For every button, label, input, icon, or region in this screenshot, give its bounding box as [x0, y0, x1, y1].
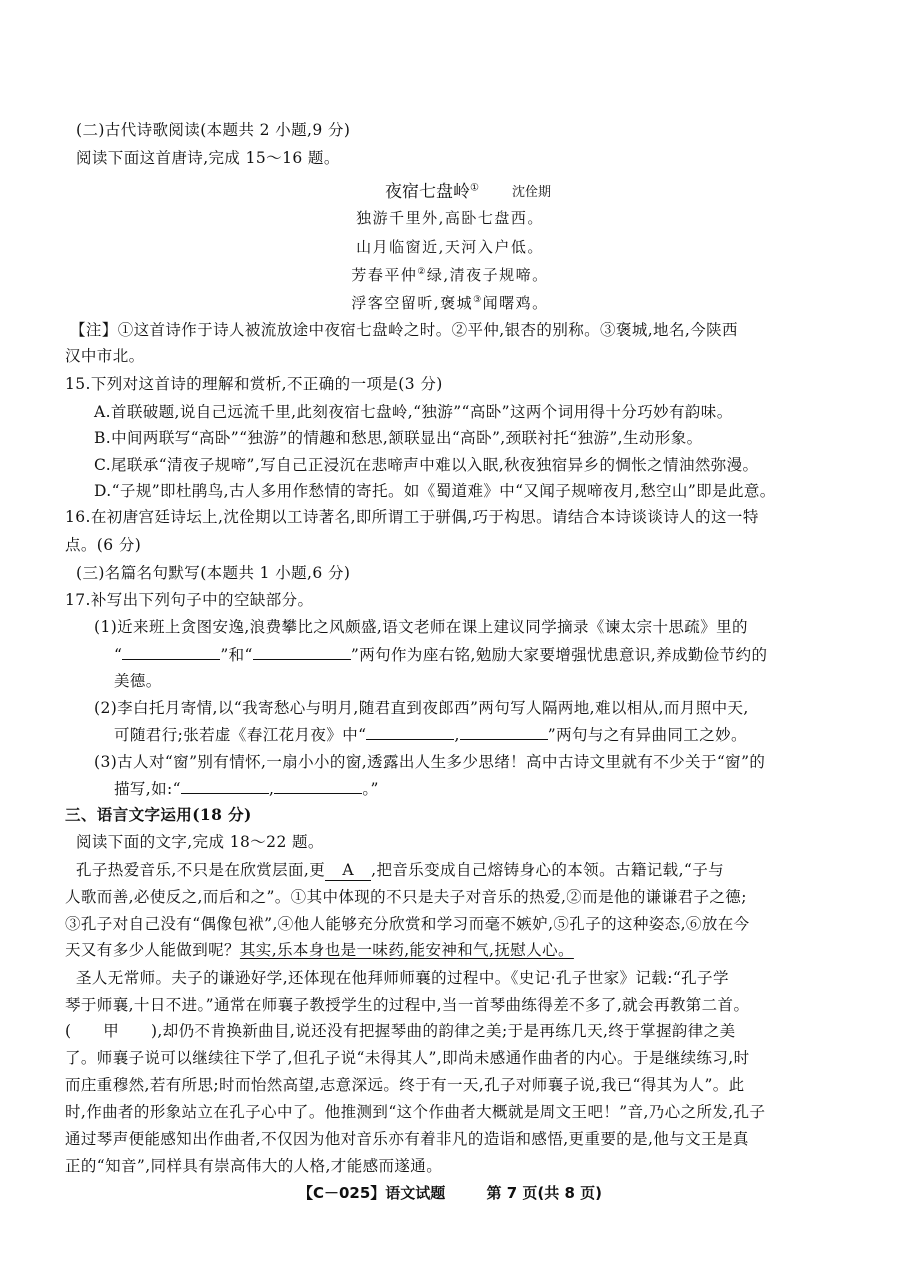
question-16-line2: 点。(6 分)	[65, 535, 845, 555]
answer-blank[interactable]	[366, 725, 454, 740]
poem-line: 山月临窗近,天河入户低。	[0, 236, 900, 257]
question-17-part3: (3)古人对“窗”别有情怀,一扇小小的窗,透露出人生多少思绪！高中古诗文里就有不…	[94, 752, 874, 772]
answer-blank[interactable]	[253, 645, 351, 660]
page-number: 第 7 页(共 8 页)	[487, 1184, 602, 1202]
underlined-sentence: 其实,乐本身也是一味药,能安神和气,抚慰人心。	[240, 941, 574, 959]
footnote-marker: ①	[470, 182, 479, 193]
answer-blank[interactable]	[122, 645, 220, 660]
question-17-part3-blanks: 描写,如:“,。”	[114, 779, 894, 799]
poem-notes: 【注】①这首诗作于诗人被流放途中夜宿七盘岭之时。②平仲,银杏的别称。③褒城,地名…	[70, 320, 850, 340]
question-17-part2: (2)李白托月寄情,以“我寄愁心与明月,随君直到夜郎西”两句写人隔两地,难以相从…	[94, 698, 874, 718]
question-17-part2-blanks: 可随君行;张若虚《春江花月夜》中“,”两句与之有异曲同工之妙。	[114, 725, 894, 745]
poem-line: 芳春平仲②绿,清夜子规啼。	[0, 264, 900, 285]
section-heading-recitation: (三)名篇名句默写(本题共 1 小题,6 分)	[76, 563, 856, 583]
question-15-option-a: A.首联破题,说自己远流千里,此刻夜宿七盘岭,“独游”“高卧”这两个词用得十分巧…	[94, 402, 874, 422]
part-heading-language-use: 三、语言文字运用(18 分)	[65, 805, 845, 825]
blank-jia: ( 甲 )	[65, 1022, 157, 1040]
question-15-option-b: B.中间两联写“高卧”“独游”的情趣和愁思,颔联显出“高卧”,颈联衬托“独游”,…	[94, 428, 874, 448]
poetry-instruction: 阅读下面这首唐诗,完成 15～16 题。	[76, 148, 856, 168]
question-17-part1: (1)近来班上贪图安逸,浪费攀比之风颇盛,语文老师在课上建议同学摘录《谏太宗十思…	[94, 617, 874, 637]
passage-para1-line2: 人歌而善,必使反之,而后和之”。①其中体现的不只是夫子对音乐的热爱,②而是他的谦…	[65, 887, 845, 907]
answer-blank[interactable]	[181, 779, 269, 794]
poem-title: 夜宿七盘岭①	[385, 177, 479, 202]
poem-line: 独游千里外,高卧七盘西。	[0, 207, 900, 228]
question-15-option-d: D.“子规”即杜鹃鸟,古人多用作愁情的寄托。如《蜀道难》中“又闻子规啼夜月,愁空…	[94, 481, 874, 501]
passage-para2-line1: 圣人无常师。夫子的谦逊好学,还体现在他拜师师襄的过程中。《史记·孔子世家》记载:…	[76, 968, 856, 988]
passage-para1-line1: 孔子热爱音乐,不只是在欣赏层面,更A,把音乐变成自己熔铸身心的本领。古籍记载,“…	[76, 860, 856, 881]
question-17-stem: 17.补写出下列句子中的空缺部分。	[65, 590, 845, 610]
poem-author: 沈佺期	[512, 181, 551, 200]
passage-para2-line6: 时,作曲者的形象站立在孔子心中了。他推测到“这个作曲者大概就是周文王吧！”音,乃…	[65, 1102, 845, 1122]
question-16-line1: 16.在初唐宫廷诗坛上,沈佺期以工诗著名,即所谓工于骈偶,巧于构思。请结合本诗谈…	[65, 507, 845, 527]
passage-para2-line8: 正的“知音”,同样具有崇高伟大的人格,才能感而遂通。	[65, 1156, 845, 1176]
question-17-part1-end: 美德。	[114, 671, 894, 691]
poem-line: 浮客空留听,褒城③闻曙鸡。	[0, 292, 900, 313]
poem-notes-cont: 汉中市北。	[65, 346, 845, 366]
question-15-option-c: C.尾联承“清夜子规啼”,写自己正浸沉在悲啼声中难以入眠,秋夜独宿异乡的惆怅之情…	[94, 455, 874, 475]
passage-para2-line7: 通过琴声便能感知出作曲者,不仅因为他对音乐亦有着非凡的造诣和感悟,更重要的是,他…	[65, 1129, 845, 1149]
answer-blank[interactable]	[274, 779, 362, 794]
blank-a: A	[325, 860, 371, 881]
passage-para2-line3: ( 甲 ),却仍不肯换新曲目,说还没有把握琴曲的韵律之美;于是再练几天,终于掌握…	[65, 1021, 845, 1041]
language-instruction: 阅读下面的文字,完成 18～22 题。	[76, 832, 856, 852]
answer-blank[interactable]	[460, 725, 548, 740]
passage-para2-line5: 而庄重穆然,若有所思;时而怡然高望,志意深远。终于有一天,孔子对师襄子说,我已“…	[65, 1075, 845, 1095]
page-footer: 【C－025】语文试题 第 7 页(共 8 页)	[0, 1182, 900, 1203]
passage-para1-line4: 天又有多少人能做到呢？其实,乐本身也是一味药,能安神和气,抚慰人心。	[65, 940, 845, 960]
passage-para2-line4: 了。师襄子说可以继续往下学了,但孔子说“未得其人”,即尚未感通作曲者的内心。于是…	[65, 1048, 845, 1068]
section-heading-poetry: (二)古代诗歌阅读(本题共 2 小题,9 分)	[76, 120, 856, 140]
question-17-part1-blanks: “”和“”两句作为座右铭,勉励大家要增强忧患意识,养成勤俭节约的	[114, 645, 894, 665]
exam-code: 【C－025】语文试题	[298, 1184, 445, 1202]
passage-para2-line2: 琴于师襄,十日不进。”通常在师襄子教授学生的过程中,当一首琴曲练得差不多了,就会…	[65, 995, 845, 1015]
passage-para1-line3: ③孔子对自己没有“偶像包袱”,④他人能够充分欣赏和学习而毫不嫉妒,⑤孔子的这种姿…	[65, 914, 845, 934]
question-15-stem: 15.下列对这首诗的理解和赏析,不正确的一项是(3 分)	[65, 374, 845, 394]
